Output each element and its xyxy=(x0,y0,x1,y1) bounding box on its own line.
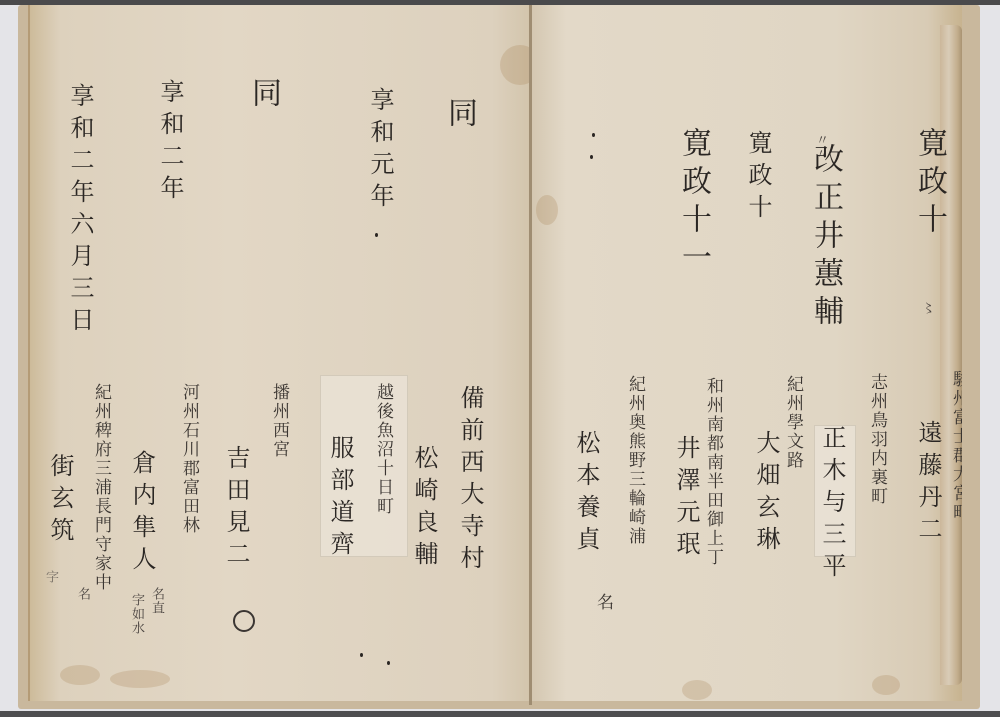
note-aza-josui: 字如水 xyxy=(130,593,143,635)
note-na-right: 名 xyxy=(594,593,611,612)
address-kishu-kamuro: 紀州學文路 xyxy=(784,375,801,470)
name-yoshida-kenji: 吉田見二 xyxy=(224,445,248,573)
address-sunshu-fuji-omiya: 駿州富士郡大宮町 xyxy=(950,370,962,522)
name-endo-tanji: 遠藤丹二 xyxy=(916,420,940,548)
address-banshu-nishinomiya: 播州西宮 xyxy=(270,383,287,459)
name-header-kaisei: 改正井蕙輔 xyxy=(810,143,840,333)
name-matsuzaki-ryosuke: 松崎良輔 xyxy=(412,445,436,573)
address-echigo-tokamachi: 越後魚沼十日町 xyxy=(374,383,391,516)
name-kurauchi-hayato: 倉内隼人 xyxy=(130,450,154,578)
circle-mark xyxy=(233,610,255,632)
address-kishu-kumano: 紀州奥熊野三輪崎浦 xyxy=(626,375,643,546)
address-shishu-toba: 志州鳥羽内裏町 xyxy=(868,373,885,506)
era-kyowa-ninen-rokugatsu: 享和二年六月三日 xyxy=(68,83,92,339)
name-hattori-dosai: 服部道齊 xyxy=(328,435,352,563)
right-page: 寛政十 〻 駿州富士郡大宮町 遠藤丹二 〃〃 改正井蕙輔 志州鳥羽内裏町 正木与… xyxy=(532,5,962,701)
ditto-mark-2: 同 xyxy=(248,77,278,115)
left-page: 同 備前西大寺村 松崎良輔 享和元年 越後魚沼十日町 服部道齊 同 播州西宮 吉… xyxy=(28,5,532,701)
address-kashu-tondabayashi: 河州石川郡富田林 xyxy=(180,383,197,535)
note-aza: 字 xyxy=(44,570,57,584)
address-washu-nanto: 和州南都南半田御上丁 xyxy=(704,377,721,567)
note-na-nao: 名直 xyxy=(150,587,163,615)
window-bottom-bar xyxy=(0,711,1000,717)
name-gai-genchiku: 街玄筑 xyxy=(48,453,72,549)
address-bizen-saidaiji: 備前西大寺村 xyxy=(458,385,482,577)
page-stack-edge xyxy=(940,25,962,685)
manuscript-book: 同 備前西大寺村 松崎良輔 享和元年 越後魚沼十日町 服部道齊 同 播州西宮 吉… xyxy=(18,5,980,709)
era-kansei-10-a: 寛政十 xyxy=(914,127,944,241)
name-izawa-genmin: 井澤元珉 xyxy=(674,435,698,563)
ditto-mark-1: 同 xyxy=(444,97,474,135)
era-kansei-10-b: 寛政十 xyxy=(746,130,770,226)
era-kansei-11: 寛政十一 xyxy=(678,127,708,279)
address-kishu-miura: 紀州稗府三浦長門守家中 xyxy=(92,383,109,592)
name-matsumoto-yotei: 松本養貞 xyxy=(574,430,598,558)
era-kyowa-ninen: 享和二年 xyxy=(158,79,182,207)
small-mark: 〻 xyxy=(920,301,933,315)
note-na: 名 xyxy=(76,587,89,601)
name-masaki-yosohei: 正木与三平 xyxy=(820,425,844,585)
name-ohata-genrin: 大畑玄琳 xyxy=(754,430,778,558)
era-kyowa-gannen: 享和元年 xyxy=(368,87,392,215)
